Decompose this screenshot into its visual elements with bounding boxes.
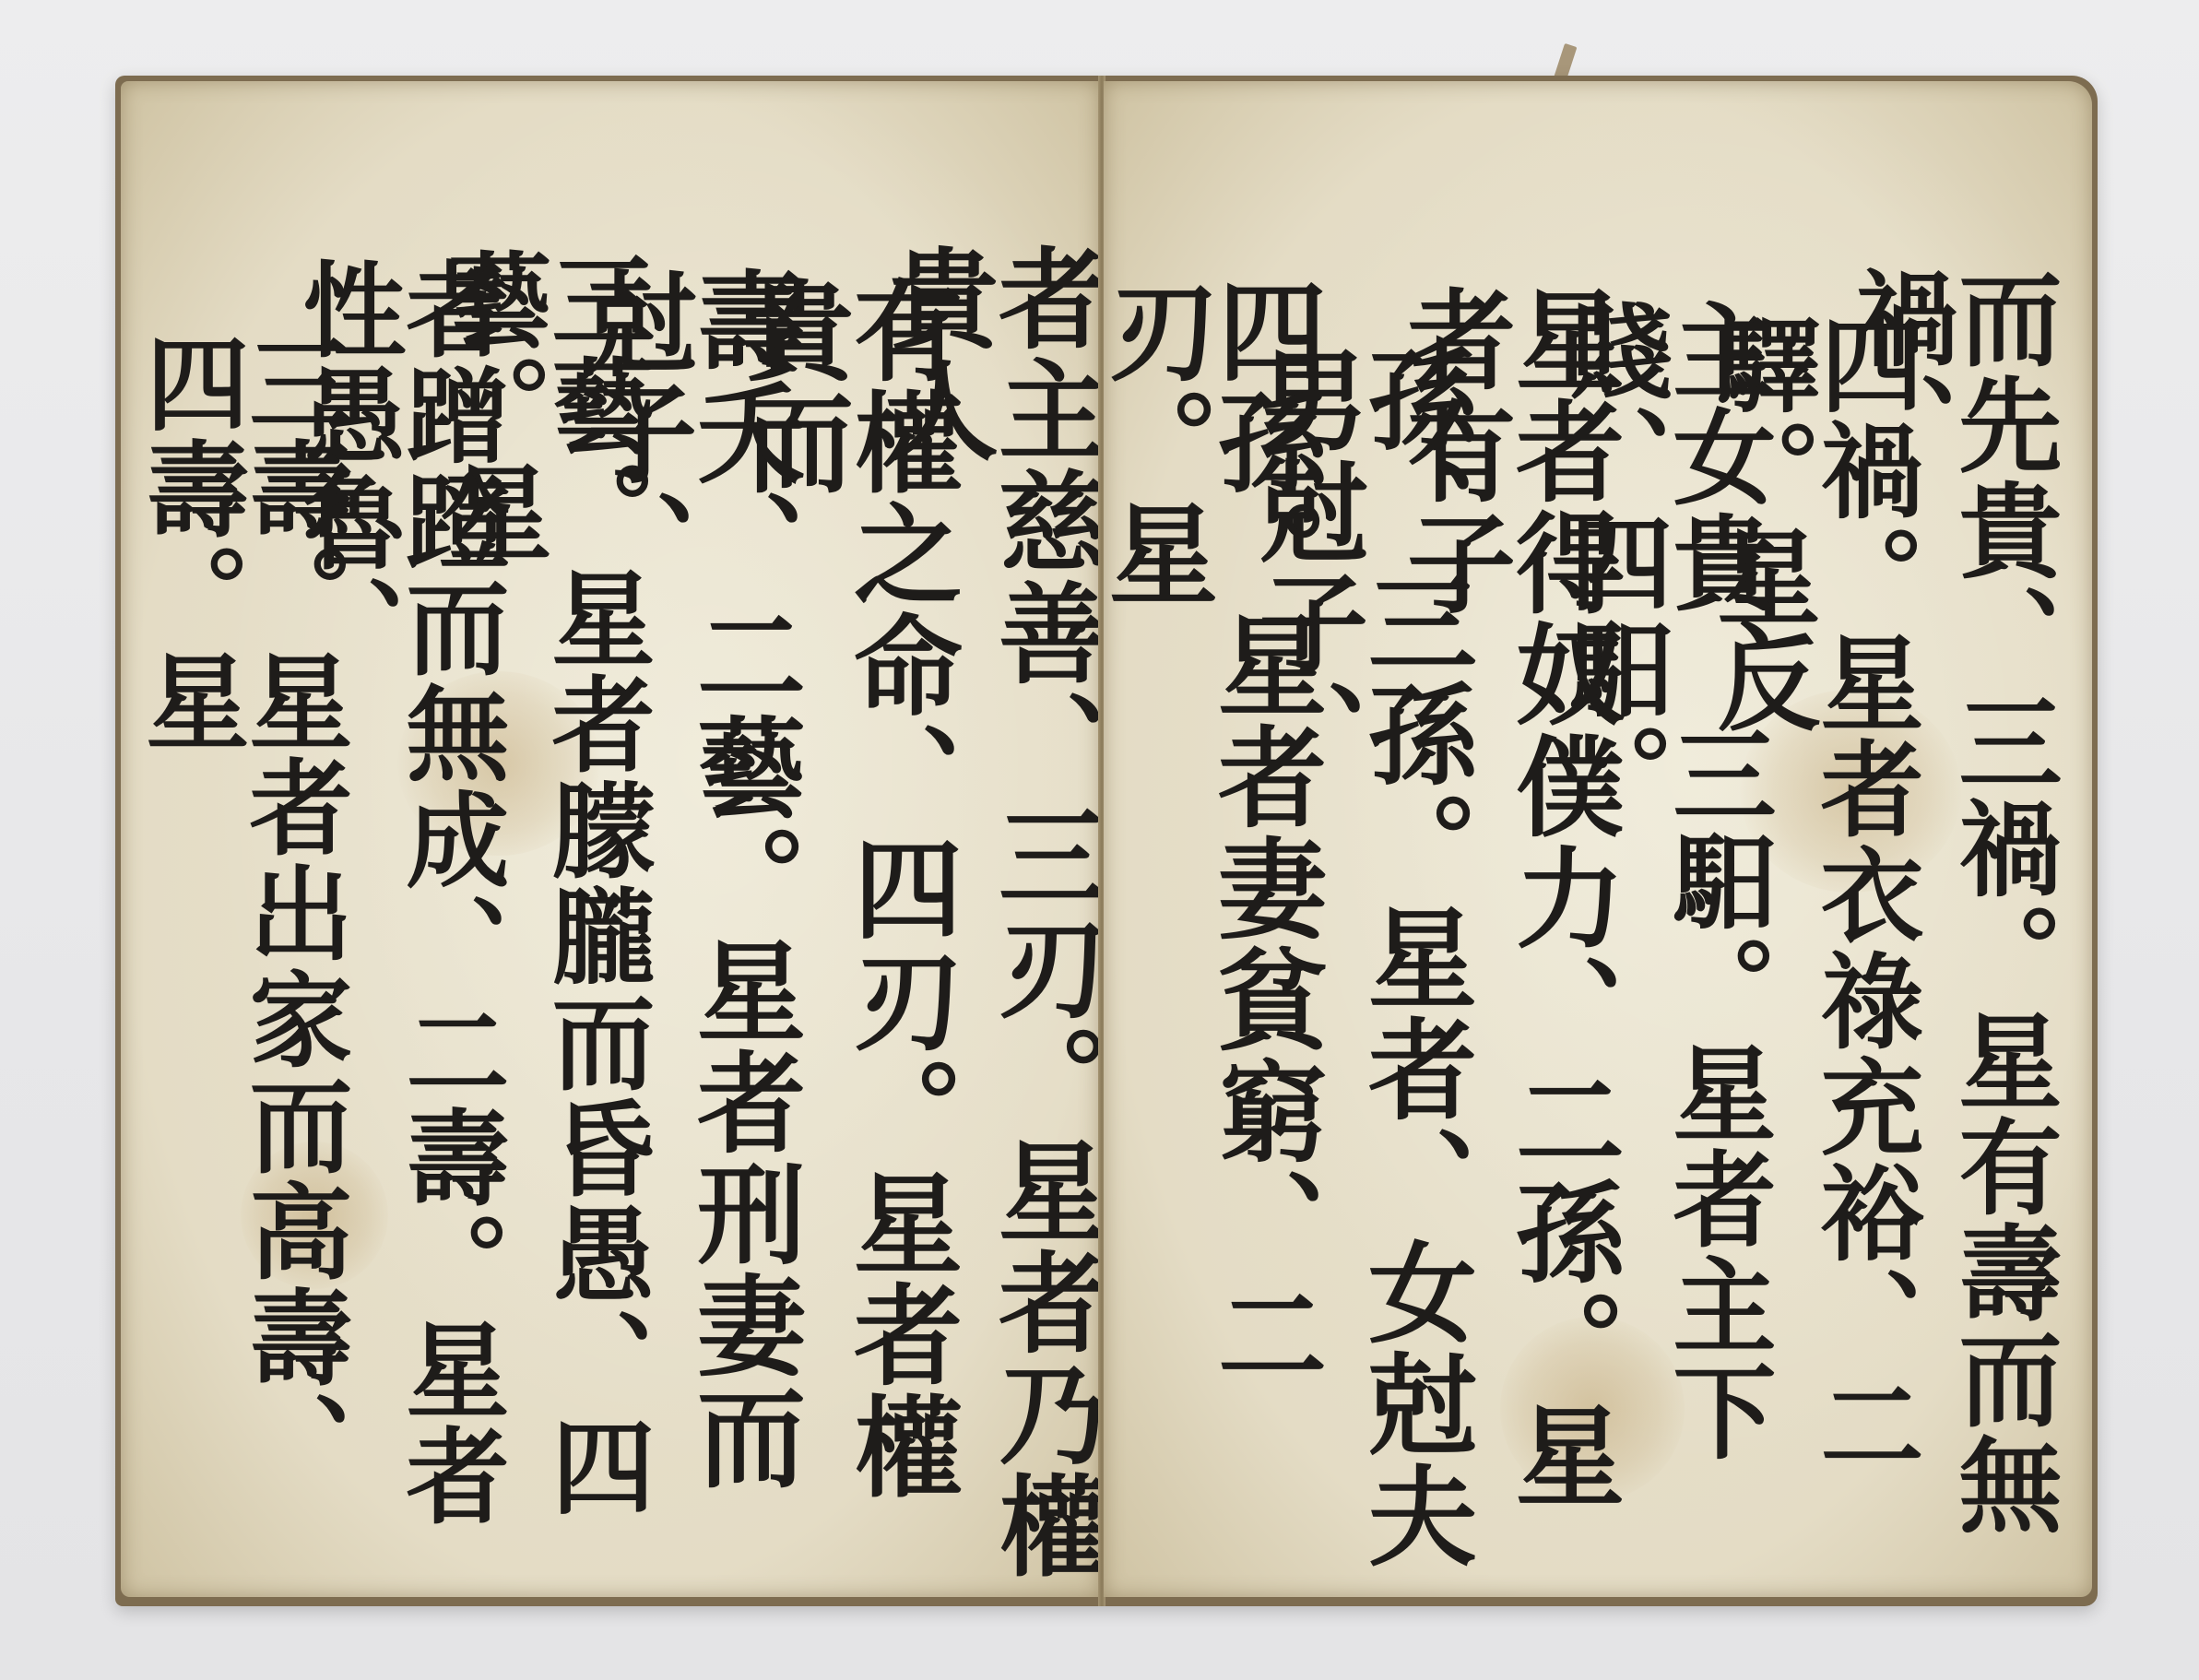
text-column-left-5: 者蹭蹬而無成、二壽。星者性愚魯、 — [362, 256, 501, 1597]
text-column-right-6: 四孫。星者妻貧窮、二刃。星 — [1179, 275, 1318, 1597]
text-column-right-4: 星者得奴僕力、二孫。星者有子 — [1477, 284, 1615, 1597]
text-column-left-2: 有權之命、四刃。星者權貴而 — [815, 275, 953, 1597]
column-text: 四孫。星者妻貧窮、二刃。星 — [1104, 275, 1318, 1597]
left-page: 者主慈善、三刃。星者乃權貴人 有權之命、四刃。星者權貴而 壽夭、二藝。星者刑妻而… — [121, 81, 1100, 1597]
text-column-left-4: 三藝。星者朦朧而昏愚、四藝。星 — [508, 247, 646, 1597]
text-column-left-1: 者主慈善、三刃。星者乃權貴人 — [960, 243, 1098, 1597]
text-column-right-1: 而先貴、三禍。星有壽而無禍、 — [1915, 266, 2053, 1597]
text-column-left-3: 壽夭、二藝。星者刑妻而尅子、 — [658, 266, 797, 1597]
photo-scene: 者主慈善、三刃。星者乃權貴人 有權之命、四刃。星者權貴而 壽夭、二藝。星者刑妻而… — [0, 0, 2199, 1680]
column-text: 三壽。星者出家而高壽、四壽。星 — [137, 330, 344, 1597]
text-column-right-3: 主女貴、三馹。星者主下賤、四馹。 — [1629, 298, 1767, 1597]
text-column-right-2: 四禍。星者衣祿充裕、二驛。星反 — [1777, 312, 1915, 1597]
right-page: 而先貴、三禍。星有壽而無禍、 四禍。星者衣祿充裕、二驛。星反 主女貴、三馹。星者… — [1104, 81, 2092, 1597]
open-book: 者主慈善、三刃。星者乃權貴人 有權之命、四刃。星者權貴而 壽夭、二藝。星者刑妻而… — [115, 76, 2098, 1606]
text-column-left-6: 三壽。星者出家而高壽、四壽。星 — [206, 330, 344, 1597]
text-column-right-5: 孫、三孫。星者、女尅夫男尅子、 — [1330, 344, 1468, 1597]
